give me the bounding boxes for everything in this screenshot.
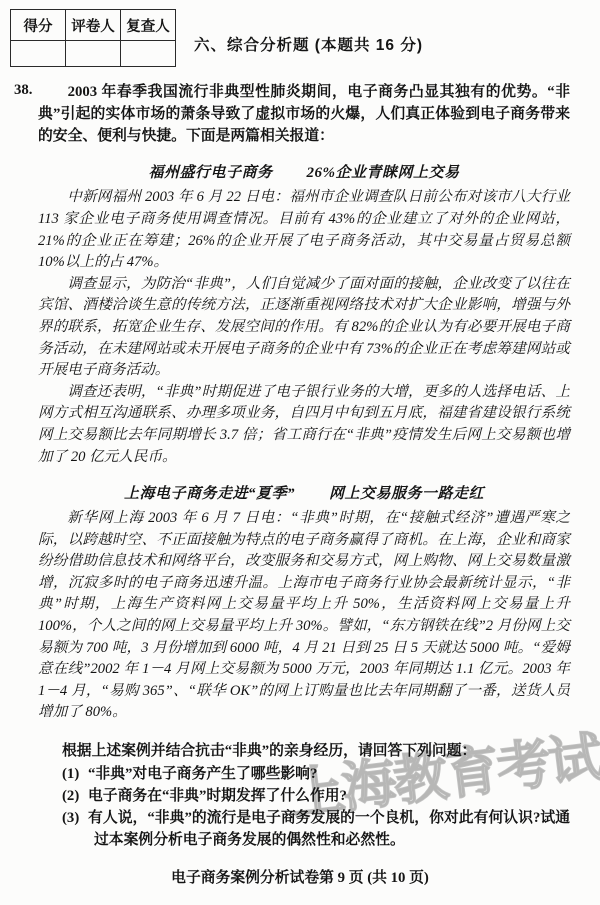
report-fuzhou: 福州盛行电子商务26%企业青睐网上交易 中新网福州 2003 年 6 月 22 … (38, 161, 570, 468)
question-intro: 2003 年春季我国流行非典型性肺炎期间，电子商务凸显其独有的优势。“非典”引起… (38, 82, 570, 147)
task-2-text: 电子商务在“非典”时期发挥了什么作用? (88, 788, 347, 804)
task-1-number: (1) (62, 763, 88, 785)
grader-cell-empty (66, 41, 121, 67)
task-3-number: (3) (62, 807, 88, 829)
question-38: 38. 2003 年春季我国流行非典型性肺炎期间，电子商务凸显其独有的优势。“非… (38, 82, 570, 147)
report-shanghai-title: 上海电子商务走进“夏季”网上交易服务一路走红 (38, 482, 570, 503)
report-fuzhou-para-2: 调查显示，为防治“非典”，人们自觉减少了面对面的接触，企业改变了以往在宾馆、酒楼… (38, 274, 570, 382)
task-item-1: (1)“非典”对电子商务产生了哪些影响? (62, 763, 570, 785)
task-3-text: 有人说，“非典”的流行是电子商务发展的一个良机，你对此有何认识?试通过本案例分析… (88, 810, 570, 848)
task-2-number: (2) (62, 785, 88, 807)
report-fuzhou-para-1: 中新网福州 2003 年 6 月 22 日电：福州市企业调查队日前公布对该市八大… (38, 187, 570, 273)
exam-paper-page: 上海教育考试院 得分 评卷人 复查人 六、综合分析题 (本题共 1 (0, 0, 600, 905)
score-table-header-reviewer: 复查人 (121, 10, 176, 41)
section-heading: 六、综合分析题 (本题共 16 分) (194, 33, 423, 55)
score-table-header-score: 得分 (11, 10, 66, 41)
report-shanghai: 上海电子商务走进“夏季”网上交易服务一路走红 新华网上海 2003 年 6 月 … (38, 482, 570, 724)
report-shanghai-title-right: 网上交易服务一路走红 (329, 486, 484, 502)
score-cell-empty (11, 41, 66, 67)
report-fuzhou-para-3: 调查还表明，“非典”时期促进了电子银行业务的大增，更多的人选择电话、上网方式相互… (38, 382, 570, 468)
score-table-header-grader: 评卷人 (66, 10, 121, 41)
report-fuzhou-title: 福州盛行电子商务26%企业青睐网上交易 (38, 161, 570, 182)
report-fuzhou-title-right: 26%企业青睐网上交易 (307, 165, 460, 181)
reviewer-cell-empty (121, 41, 176, 67)
task-item-2: (2)电子商务在“非典”时期发挥了什么作用? (62, 785, 570, 807)
page-header: 得分 评卷人 复查人 六、综合分析题 (本题共 16 分) (0, 0, 600, 67)
report-fuzhou-title-left: 福州盛行电子商务 (148, 165, 272, 181)
report-shanghai-para-1: 新华网上海 2003 年 6 月 7 日电：“非典”时期，在“接触式经济”遭遇严… (38, 508, 570, 724)
task-item-3: (3)有人说，“非典”的流行是电子商务发展的一个良机，你对此有何认识?试通过本案… (62, 807, 570, 851)
question-tasks: 根据上述案例并结合抗击“非典”的亲身经历，请回答下列问题： (1)“非典”对电子… (62, 740, 570, 851)
page-footer: 电子商务案例分析试卷第 9 页 (共 10 页) (0, 866, 600, 887)
tasks-lead: 根据上述案例并结合抗击“非典”的亲身经历，请回答下列问题： (62, 740, 570, 762)
question-number: 38. (14, 82, 33, 99)
report-shanghai-title-left: 上海电子商务走进“夏季” (124, 486, 295, 502)
task-1-text: “非典”对电子商务产生了哪些影响? (88, 766, 317, 782)
score-table: 得分 评卷人 复查人 (10, 9, 176, 67)
